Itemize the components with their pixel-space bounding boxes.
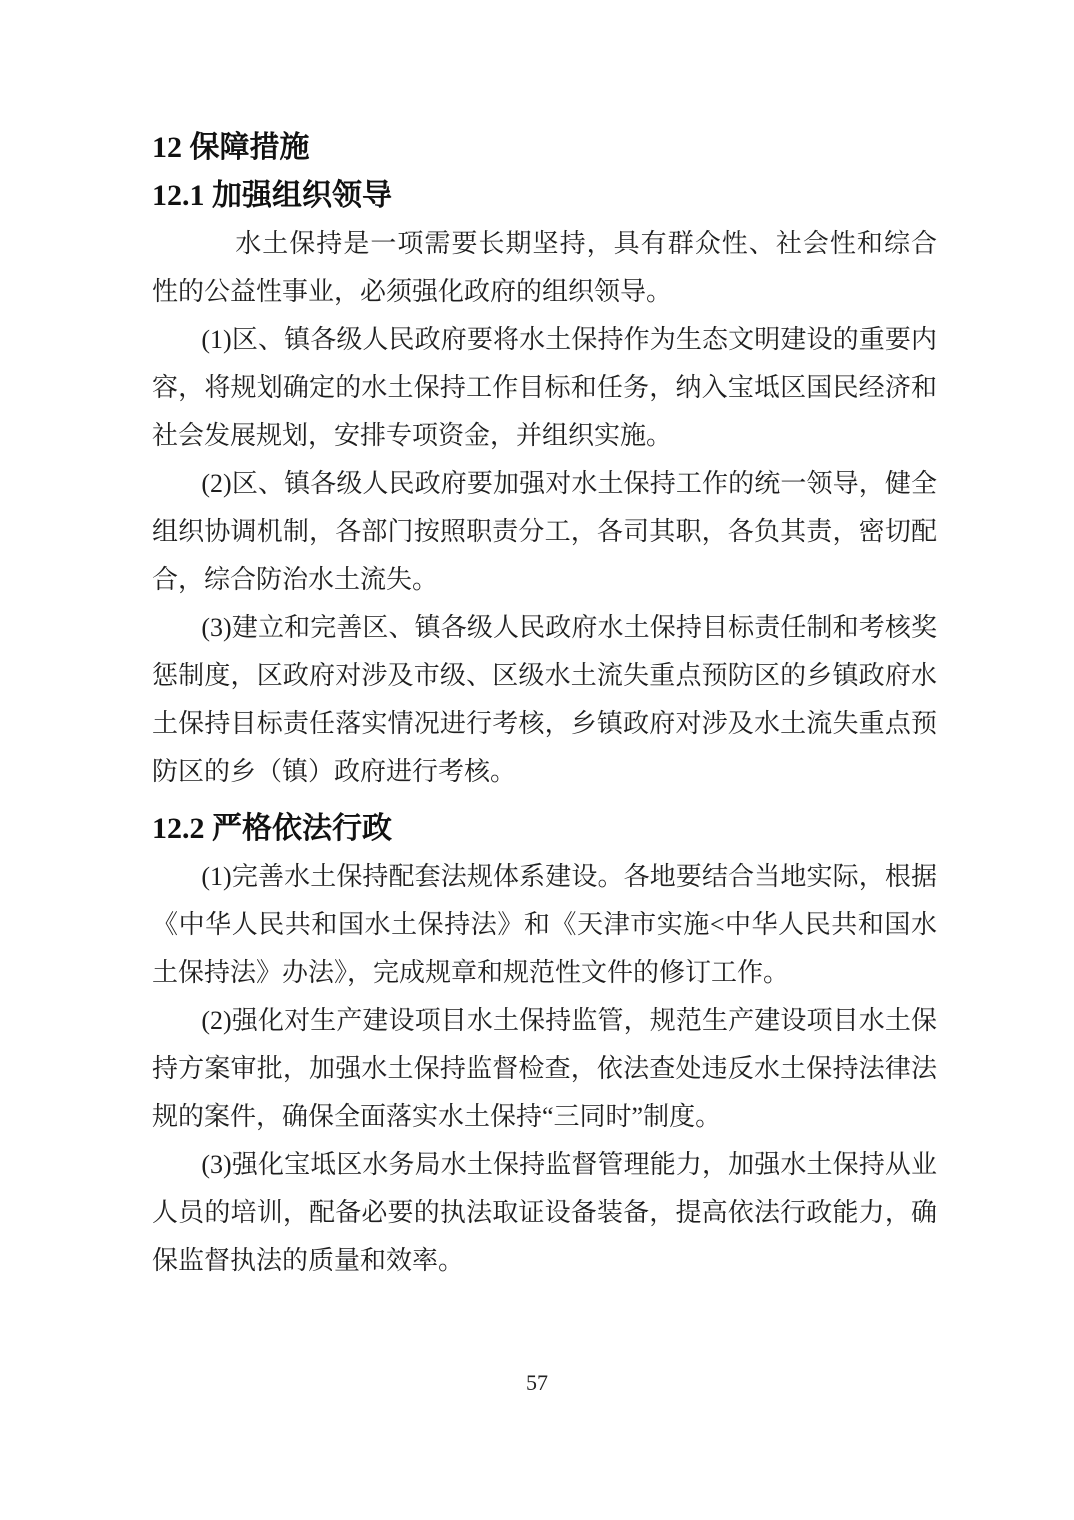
paragraph: (3)建立和完善区、镇各级人民政府水土保持目标责任制和考核奖惩制度，区政府对涉及… — [152, 604, 937, 796]
paragraph: (1)完善水土保持配套法规体系建设。各地要结合当地实际，根据《中华人民共和国水土… — [152, 853, 937, 997]
paragraph: (2)区、镇各级人民政府要加强对水土保持工作的统一领导，健全组织协调机制，各部门… — [152, 460, 937, 604]
paragraph: (3)强化宝坻区水务局水土保持监督管理能力，加强水土保持从业人员的培训，配备必要… — [152, 1141, 937, 1285]
paragraph: (1)区、镇各级人民政府要将水土保持作为生态文明建设的重要内容，将规划确定的水土… — [152, 316, 937, 460]
section-12-1: 12.1 加强组织领导 水土保持是一项需要长期坚持，具有群众性、社会性和综合性的… — [152, 172, 937, 796]
section-12-2: 12.2 严格依法行政 (1)完善水土保持配套法规体系建设。各地要结合当地实际，… — [152, 805, 937, 1285]
section-12-2-heading: 12.2 严格依法行政 — [152, 805, 937, 853]
document-page: 12 保障措施 12.1 加强组织领导 水土保持是一项需要长期坚持，具有群众性、… — [0, 0, 1074, 1520]
page-number: 57 — [0, 1368, 1074, 1398]
chapter-heading: 12 保障措施 — [152, 124, 937, 172]
paragraph: 水土保持是一项需要长期坚持，具有群众性、社会性和综合性的公益性事业，必须强化政府… — [152, 220, 937, 316]
section-12-1-heading: 12.1 加强组织领导 — [152, 172, 937, 220]
paragraph: (2)强化对生产建设项目水土保持监管，规范生产建设项目水土保持方案审批，加强水土… — [152, 997, 937, 1141]
